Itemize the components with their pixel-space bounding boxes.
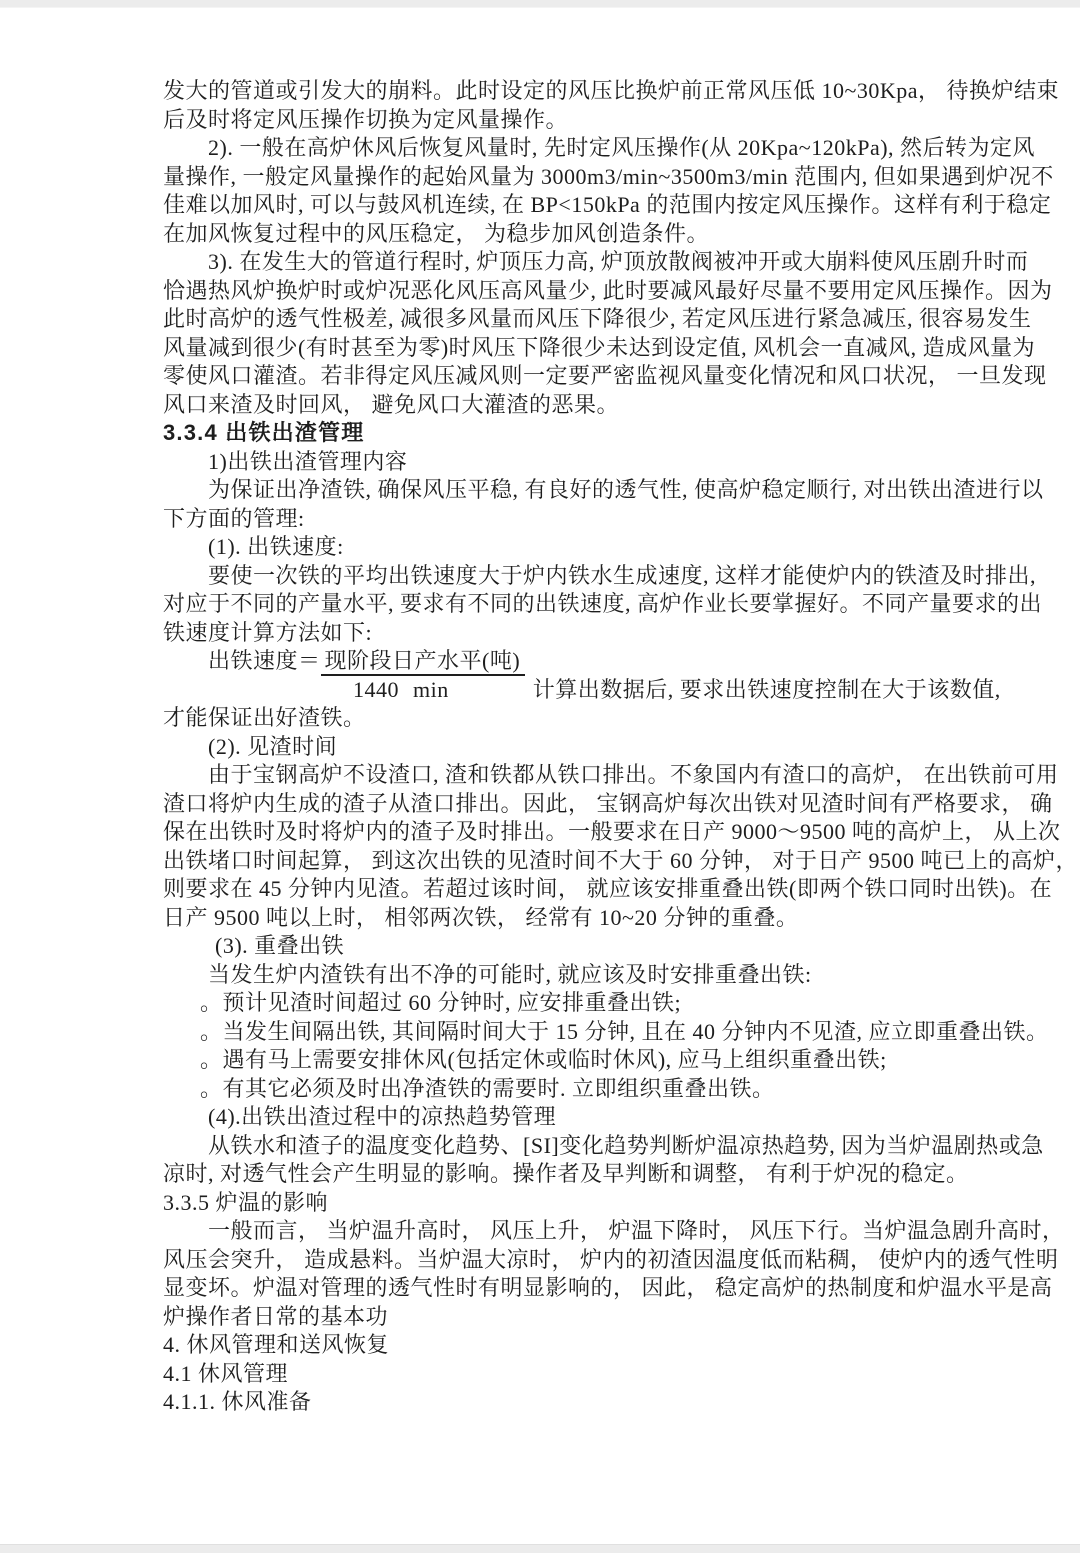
formula-denominator: 1440 min	[353, 676, 449, 705]
formula-note: 计算出数据后, 要求出铁速度控制在大于该数值,	[533, 676, 1001, 705]
document-body: 发大的管道或引发大的崩料。此时设定的风压比换炉前正常风压低 10~30Kpa， …	[163, 77, 942, 1417]
paragraph-line: 此时高炉的透气性极差, 减很多风量而风压下降很少, 若定风压进行紧急减压, 很容…	[163, 305, 942, 334]
paragraph-line: 当发生炉内渣铁有出不净的可能时, 就应该及时安排重叠出铁:	[163, 961, 942, 990]
paragraph-line: 风口来渣及时回风， 避免风口大灌渣的恶果。	[163, 391, 942, 420]
paragraph-line: 2). 一般在高炉休风后恢复风量时, 先时定风压操作(从 20Kpa~120kP…	[163, 134, 942, 163]
paragraph-line: 炉操作者日常的基本功	[163, 1303, 942, 1332]
bullet-item: 。遇有马上需要安排休风(包括定休或临时休风), 应马上组织重叠出铁;	[163, 1046, 942, 1075]
paragraph-line: 下方面的管理:	[163, 505, 942, 534]
paragraph-line: (4).出铁出渣过程中的凉热趋势管理	[163, 1103, 942, 1132]
heading-3-3-5: 3.3.5 炉温的影响	[163, 1189, 942, 1218]
document-page: 发大的管道或引发大的崩料。此时设定的风压比换炉前正常风压低 10~30Kpa， …	[0, 8, 1080, 1417]
formula-numerator: 现阶段日产水平(吨)	[321, 648, 526, 676]
paragraph-line: 铁速度计算方法如下:	[163, 619, 942, 648]
paragraph-line: 对应于不同的产量水平, 要求有不同的出铁速度, 高炉作业长要掌握好。不同产量要求…	[163, 590, 942, 619]
paragraph-line: 3). 在发生大的管道行程时, 炉顶压力高, 炉顶放散阀被冲开或大崩料使风压剧升…	[163, 248, 942, 277]
page-bottom-edge	[0, 1544, 1080, 1553]
paragraph-line: 为保证出净渣铁, 确保风压平稳, 有良好的透气性, 使高炉稳定顺行, 对出铁出渣…	[163, 476, 942, 505]
paragraph-line: 风压会突升， 造成悬料。当炉温大凉时， 炉内的初渣因温度低而粘稠， 使炉内的透气…	[163, 1246, 942, 1275]
bullet-item: 。有其它必须及时出净渣铁的需要时. 立即组织重叠出铁。	[163, 1075, 942, 1104]
bullet-item: 。当发生间隔出铁, 其间隔时间大于 15 分钟, 且在 40 分钟内不见渣, 应…	[163, 1018, 942, 1047]
paragraph-line: 则要求在 45 分钟内见渣。若超过该时间， 就应该安排重叠出铁(即两个铁口同时出…	[163, 875, 942, 904]
paragraph-line: 1)出铁出渣管理内容	[163, 448, 942, 477]
formula-numerator-line: 出铁速度＝现阶段日产水平(吨)	[163, 647, 942, 676]
paragraph-line: 量操作, 一般定风量操作的起始风量为 3000m3/min~3500m3/min…	[163, 163, 942, 192]
paragraph-line: 零使风口灌渣。若非得定风压减风则一定要严密监视风量变化情况和风口状况， 一旦发现	[163, 362, 942, 391]
paragraph-line: 由于宝钢高炉不设渣口, 渣和铁都从铁口排出。不象国内有渣口的高炉， 在出铁前可用	[163, 761, 942, 790]
heading-4-1: 4.1 休风管理	[163, 1360, 942, 1389]
formula-denominator-line: 1440 min计算出数据后, 要求出铁速度控制在大于该数值,	[163, 676, 942, 705]
paragraph-line: 一般而言， 当炉温升高时， 风压上升， 炉温下降时， 风压下行。当炉温急剧升高时…	[163, 1217, 942, 1246]
paragraph-line: 才能保证出好渣铁。	[163, 704, 942, 733]
paragraph-line: (1). 出铁速度:	[163, 533, 942, 562]
paragraph-line: 发大的管道或引发大的崩料。此时设定的风压比换炉前正常风压低 10~30Kpa， …	[163, 77, 942, 106]
paragraph-line: 日产 9500 吨以上时， 相邻两次铁， 经常有 10~20 分钟的重叠。	[163, 904, 942, 933]
paragraph-line: 要使一次铁的平均出铁速度大于炉内铁水生成速度, 这样才能使炉内的铁渣及时排出,	[163, 562, 942, 591]
page-top-edge	[0, 0, 1080, 8]
paragraph-line: 风量减到很少(有时甚至为零)时风压下降很少未达到设定值, 风机会一直减风, 造成…	[163, 334, 942, 363]
paragraph-line: 在加风恢复过程中的风压稳定， 为稳步加风创造条件。	[163, 220, 942, 249]
paragraph-line: 保在出铁时及时将炉内的渣子及时排出。一般要求在日产 9000～9500 吨的高炉…	[163, 818, 942, 847]
paragraph-line: (3). 重叠出铁	[163, 932, 942, 961]
heading-4-1-1: 4.1.1. 休风准备	[163, 1388, 942, 1417]
paragraph-line: 显变坏。炉温对管理的透气性时有明显影响的， 因此， 稳定高炉的热制度和炉温水平是…	[163, 1274, 942, 1303]
heading-4: 4. 休风管理和送风恢复	[163, 1331, 942, 1360]
paragraph-line: (2). 见渣时间	[163, 733, 942, 762]
bullet-item: 。预计见渣时间超过 60 分钟时, 应安排重叠出铁;	[163, 989, 942, 1018]
paragraph-line: 渣口将炉内生成的渣子从渣口排出。因此， 宝钢高炉每次出铁对见渣时间有严格要求， …	[163, 790, 942, 819]
paragraph-line: 从铁水和渣子的温度变化趋势、[SI]变化趋势判断炉温凉热趋势, 因为当炉温剧热或…	[163, 1132, 942, 1161]
formula-lhs: 出铁速度＝	[208, 648, 321, 673]
heading-3-3-4: 3.3.4 出铁出渣管理	[163, 419, 942, 448]
paragraph-line: 佳难以加风时, 可以与鼓风机连续, 在 BP<150kPa 的范围内按定风压操作…	[163, 191, 942, 220]
paragraph-line: 出铁堵口时间起算， 到这次出铁的见渣时间不大于 60 分钟， 对于日产 9500…	[163, 847, 942, 876]
paragraph-line: 后及时将定风压操作切换为定风量操作。	[163, 106, 942, 135]
paragraph-line: 恰遇热风炉换炉时或炉况恶化风压高风量少, 此时要减风最好尽量不要用定风压操作。因…	[163, 277, 942, 306]
paragraph-line: 凉时, 对透气性会产生明显的影响。操作者及早判断和调整， 有利于炉况的稳定。	[163, 1160, 942, 1189]
document-viewer: { "page": { "background": "#ffffff", "ed…	[0, 0, 1080, 1553]
